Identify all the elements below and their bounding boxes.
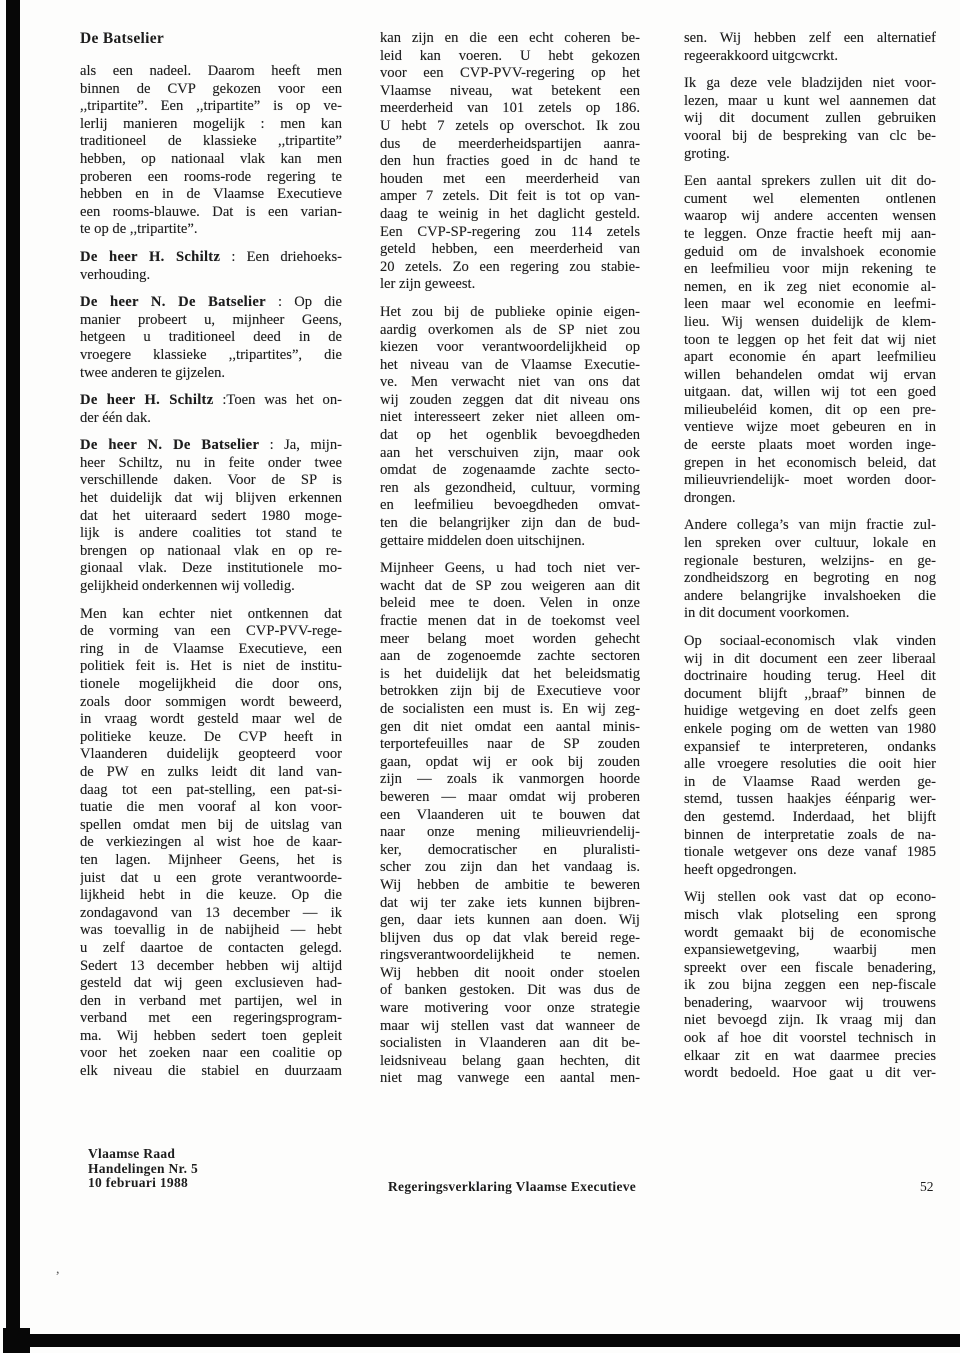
text-line: Wij hebben dit nooit onder stoelen: [380, 965, 640, 983]
text-line: regeerakkoord uitgcwcrkt.: [684, 48, 936, 66]
text-line: U hebt 7 zetels op overschot. Ik zou: [380, 118, 640, 136]
paragraph: Het zou bij de publieke opinie eigen-aar…: [380, 304, 640, 550]
text-line: verschillende daken. Voor de SP is: [80, 472, 342, 490]
text-line: den hun fracties goed in dc hand te: [380, 153, 640, 171]
text-line: ren als gezondheid, cultuur, vorming: [380, 480, 640, 498]
text-line: aan de zogenoemde zachte sectoren: [380, 648, 640, 666]
text-line: Men kan echter niet ontkennen dat: [80, 606, 342, 624]
text-line: omdat de zogenaamde zachte secto-: [380, 462, 640, 480]
text-line: betrokken zijn bij de Executieve voor: [380, 683, 640, 701]
text-line: dus de meerderheidspartijen aanra-: [380, 136, 640, 154]
text-line: niet bevoegd zijn. Ik vraag mij dan: [684, 1012, 936, 1030]
scan-binding-bar-left: [6, 0, 20, 1341]
text-line: den gestemd. Inderdaad, het blijft: [684, 809, 936, 827]
text-line: wij dit document zullen gebruiken: [684, 110, 936, 128]
text-line: ik zou bijna zeggen een nep-fiscale: [684, 977, 936, 995]
text-line: grepen in het economisch beleid, dat: [684, 455, 936, 473]
text-line: als een nadeel. Daarom heeft men: [80, 63, 342, 81]
text-line: socialisten in Vlaanderen aan dit be-: [380, 1035, 640, 1053]
text-line: 20 zetels. Zo een regering zou stabie-: [380, 259, 640, 277]
text-line: groting.: [684, 146, 936, 164]
text-line: hebben, op nationaal vlak kan men: [80, 151, 342, 169]
text-line: ler zijn geweest.: [380, 276, 640, 294]
text-line: geteld hebben, een meerderheid van: [380, 241, 640, 259]
text-line: niet mag vanwege een aantal men-: [380, 1070, 640, 1088]
text-line: document blijft ,,braaf” binnen de: [684, 686, 936, 704]
paragraph: sen. Wij hebben zelf een alternatiefrege…: [684, 30, 936, 65]
text-line: hebben en in de Vlaamse Executieve: [80, 186, 342, 204]
text-line: traditioneel de klassieke ,,tripartite”: [80, 133, 342, 151]
text-line: geduid om de invalshoek economie: [684, 244, 936, 262]
text-line: dat op het ogenblik bevoegdheden: [380, 427, 640, 445]
text-line: aan het verschuiven zijn, maar ook: [380, 445, 640, 463]
text-line: leid kan voeren. U hebt gekozen: [380, 48, 640, 66]
text-line: milieuvriendelijk- moet worden door-: [684, 472, 936, 490]
text-line: daag te weinig in het daglicht gesteld.: [380, 206, 640, 224]
text-line: ook af hoe dit voorstel technisch in: [684, 1030, 936, 1048]
text-line: zoals door sommigen wordt beweerd,: [80, 694, 342, 712]
footer-publication: Vlaamse Raad: [88, 1147, 198, 1162]
text-line: Het zou bij de publieke opinie eigen-: [380, 304, 640, 322]
text-line: blijven dus op dat vlak bereid rege-: [380, 930, 640, 948]
text-line: gesteld dat wij geen exclusieven had-: [80, 975, 342, 993]
text-line: in vraag wordt gesteld maar wel de: [80, 711, 342, 729]
text-line: wacht dat de SP zou weigeren aan dit: [380, 578, 640, 596]
speaker-name: De heer N. De Batselier: [80, 437, 259, 453]
text-line: fractie menen dat in de toekomst veel: [380, 613, 640, 631]
text-line: verhouding.: [80, 267, 342, 285]
column-paragraphs: als een nadeel. Daarom heeft menbinnen d…: [80, 63, 342, 1081]
text-line: ma. Wij hebben sedert toen gepleit: [80, 1028, 342, 1046]
text-line: De heer N. De Batselier : Ja, mijn-: [80, 437, 342, 455]
text-line: gaan, opdat wij er ook bij zouden: [380, 754, 640, 772]
text-line: stemd, tussen haakjes éénparig wer-: [684, 791, 936, 809]
text-line: kan zijn en die een echt coheren be-: [380, 30, 640, 48]
text-line: zondheidszorg en begroting en nog: [684, 570, 936, 588]
text-line: in dit document voorkomen.: [684, 605, 936, 623]
footer-page-number: 52: [920, 1179, 934, 1195]
footer-publication-block: Vlaamse Raad Handelingen Nr. 5 10 februa…: [88, 1147, 198, 1191]
text-line: cument wel elementen ontlenen: [684, 191, 936, 209]
text-line: het duidelijk dat wij blijven erkennen: [80, 490, 342, 508]
footer-session-title: Regeringsverklaring Vlaamse Executieve: [388, 1179, 636, 1195]
text-line: was toevallig in de nabijheid — hebt: [80, 922, 342, 940]
text-line: gen, daar iets kunnen aan doen. Wij: [380, 912, 640, 930]
text-line: lieu. Wij wensen duidelijk de klem-: [684, 314, 936, 332]
text-line: heer Schiltz, nu in feite onder twee: [80, 455, 342, 473]
paragraph: Op sociaal-economisch vlak vindenwij in …: [684, 633, 936, 879]
text-line: Een CVP-SP-regering zou 114 zetels: [380, 224, 640, 242]
text-line: expansief te interpreteren, ondanks: [684, 739, 936, 757]
speaker-name: De heer N. De Batselier: [80, 294, 266, 310]
text-line: ware motivering voor onze strategie: [380, 1000, 640, 1018]
text-line: leidsniveau belang gaan hechten, dit: [380, 1053, 640, 1071]
text-line: regionale besturen, welzijns- en ge-: [684, 553, 936, 571]
text-line: voor een CVP-PVV-regering op het: [380, 65, 640, 83]
text-line: ve. Men verwacht niet van ons dat: [380, 374, 640, 392]
text-line: in de Vlaamse Raad werden ge-: [684, 774, 936, 792]
text-line: aardig overkomen als de SP niet zou: [380, 322, 640, 340]
text-line: zondagavond van 13 december — ik: [80, 905, 342, 923]
text-line: binnen de CVP gekozen voor een: [80, 81, 342, 99]
text-line: nemen, en ik zeg niet economie al-: [684, 279, 936, 297]
speaker-name: De heer H. Schiltz: [80, 392, 214, 408]
text-line: ker, democratischer en pluralisti-: [380, 842, 640, 860]
text-column-left: De Batselier als een nadeel. Daarom heef…: [80, 30, 342, 1091]
column-paragraphs: kan zijn en die een echt coheren be-leid…: [380, 30, 640, 1088]
text-line: waarop wij andere accenten wensen: [684, 208, 936, 226]
text-line: ventieve wijze moet gebeuren en in: [684, 419, 936, 437]
text-line: Vlaamse niveau, wat betekent een: [380, 83, 640, 101]
text-line: niet interesseert zeker niet alleen om-: [380, 409, 640, 427]
text-line: alle vroegere resoluties die ooit hier: [684, 756, 936, 774]
text-line: heeft opgedrongen.: [684, 862, 936, 880]
text-line: houden met een meerderheid van: [380, 171, 640, 189]
text-line: amper 7 zetels. Dit feit is tot op van-: [380, 188, 640, 206]
text-line: of banken gestoken. Dit was dus de: [380, 982, 640, 1000]
speaker-continuation-header: De Batselier: [80, 30, 342, 47]
text-line: het niveau van de Vlaamse Executie-: [380, 357, 640, 375]
paragraph: De heer N. De Batselier : Op diemanier p…: [80, 294, 342, 382]
text-line: ringsverantwoordelijkheid te nemen.: [380, 947, 640, 965]
text-line: scher zou zijn dan het vandaag is.: [380, 859, 640, 877]
text-line: beweren — maar omdat wij proberen: [380, 789, 640, 807]
text-line: ten lagen. Mijnheer Geens, het is: [80, 852, 342, 870]
text-line: te op de ,,tripartite”.: [80, 221, 342, 239]
text-line: is het duidelijk dat het beleidsmatig: [380, 666, 640, 684]
text-line: Ik ga deze vele bladzijden niet voor-: [684, 75, 936, 93]
scanned-document-page: , De Batselier als een nadeel. Daarom he…: [0, 0, 960, 1353]
text-line: sen. Wij hebben zelf een alternatief: [684, 30, 936, 48]
text-line: wij in dit document een zeer liberaal: [684, 651, 936, 669]
paragraph: Een aantal sprekers zullen uit dit do-cu…: [684, 173, 936, 507]
text-line: Een aantal sprekers zullen uit dit do-: [684, 173, 936, 191]
text-line: verband met een regeringsprogram-: [80, 1010, 342, 1028]
text-line: huidige wetgeving en doet zelfs geen: [684, 703, 936, 721]
text-line: ring in de Vlaamse Executieve, een: [80, 641, 342, 659]
paragraph: Ik ga deze vele bladzijden niet voor-lez…: [684, 75, 936, 163]
text-line: een rooms-blauwe. Dat is een varian-: [80, 204, 342, 222]
text-line: der één dak.: [80, 410, 342, 428]
text-line: Wij stellen ook vast dat op econo-: [684, 889, 936, 907]
text-line: hetgeen u traditioneel deed in de: [80, 329, 342, 347]
text-line: misch vlak plotseling een sprong: [684, 907, 936, 925]
paragraph: als een nadeel. Daarom heeft menbinnen d…: [80, 63, 342, 239]
text-line: Vlaanderen duidelijk geopteerd voor: [80, 746, 342, 764]
text-column-right: sen. Wij hebben zelf een alternatiefrege…: [684, 30, 936, 1093]
text-line: drongen.: [684, 490, 936, 508]
text-line: naar onze mening milieuvriendelij-: [380, 824, 640, 842]
scan-speck: ,: [56, 1262, 60, 1278]
footer-date: 10 februari 1988: [88, 1176, 198, 1191]
text-line: manier probeert u, mijnheer Geens,: [80, 312, 342, 330]
text-line: Wij hebben de ambitie te beweren: [380, 877, 640, 895]
text-line: de vorming van een CVP-PVV-rege-: [80, 623, 342, 641]
text-line: voor het zoeken naar een coalitie op: [80, 1045, 342, 1063]
text-line: zijn — zoals ik vanmorgen hoorde: [380, 771, 640, 789]
text-line: Op sociaal-economisch vlak vinden: [684, 633, 936, 651]
text-line: expansiewetgeving, waarbij men: [684, 942, 936, 960]
text-line: toon te leggen op het feit dat wij niet: [684, 332, 936, 350]
text-line: u zelf daartoe de contacten gelegd.: [80, 940, 342, 958]
text-line: maar wij stellen vast dat wanneer de: [380, 1018, 640, 1036]
text-line: lerlij manieren mogelijk : men kan: [80, 116, 342, 134]
text-line: proberen een rooms-rode regering te: [80, 169, 342, 187]
paragraph: Andere collega’s van mijn fractie zul-le…: [684, 517, 936, 623]
text-line: politieke keuze. De CVP heeft in: [80, 729, 342, 747]
paragraph: Wij stellen ook vast dat op econo-misch …: [684, 889, 936, 1083]
text-line: twee anderen te gijzelen.: [80, 365, 342, 383]
text-line: len spreken over cultuur, lokale en: [684, 535, 936, 553]
text-line: vroegere klassieke ,,tripartites”, die: [80, 347, 342, 365]
text-line: meerderheid van 101 zetels op 186.: [380, 100, 640, 118]
text-line: kiezen voor verantwoordelijkheid op: [380, 339, 640, 357]
text-line: gen dit niet omdat een aantal minis-: [380, 719, 640, 737]
text-line: gelijkheid onderkennen wij volledig.: [80, 578, 342, 596]
text-line: benadering, waarvoor wij trouwens: [684, 995, 936, 1013]
paragraph: De heer H. Schiltz :Toen was het on-der …: [80, 392, 342, 427]
text-line: Mijnheer Geens, u had toch niet ver-: [380, 560, 640, 578]
text-line: uitgaan. dat, willen wij tot een goed: [684, 384, 936, 402]
text-line: wordt gemaakt bij de economische: [684, 925, 936, 943]
text-line: tuatie die men vooraf al kon voor-: [80, 799, 342, 817]
scan-page-edge-bottom: [18, 1334, 960, 1347]
text-line: terportefeuilles naar de SP zouden: [380, 736, 640, 754]
text-line: Andere collega’s van mijn fractie zul-: [684, 517, 936, 535]
text-line: tionele mogelijkheid die door ons,: [80, 676, 342, 694]
text-line: tionale wetgever ons deze vanaf 1985: [684, 844, 936, 862]
text-line: de socialisten een must is. En wij zeg-: [380, 701, 640, 719]
text-line: gettaire middelen doen uitschijnen.: [380, 533, 640, 551]
text-line: ten die belangrijker zijn dan de bud-: [380, 515, 640, 533]
text-line: en leefmilieu bevoegdheden omvat-: [380, 497, 640, 515]
speaker-name: De heer H. Schiltz: [80, 249, 220, 265]
text-line: politiek feit is. Het is niet de institu…: [80, 658, 342, 676]
text-line: De heer H. Schiltz : Een driehoeks-: [80, 249, 342, 267]
text-line: te leggen. Onze fractie heeft mij aan-: [684, 226, 936, 244]
text-line: lijkheid hebt in die keuze. Op die: [80, 887, 342, 905]
text-line: een Vlaanderen uit te bouwen dat: [380, 807, 640, 825]
text-line: dat het uiteraard sedert 1980 moge-: [80, 508, 342, 526]
text-line: juist dat u een grote verantwoorde-: [80, 870, 342, 888]
text-line: dat wij ter zake iets kunnen bijbren-: [380, 895, 640, 913]
text-line: wij zouden zeggen dat dit niveau ons: [380, 392, 640, 410]
text-line: leen maar wel economie en leefmi-: [684, 296, 936, 314]
text-line: elk niveau die stabiel en duurzaam: [80, 1063, 342, 1081]
text-line: enkele poging om de wetten van 1980: [684, 721, 936, 739]
text-line: de eerste plaats moet worden inge-: [684, 437, 936, 455]
text-line: doctrinaire houding terug. Heel dit: [684, 668, 936, 686]
text-line: ,,tripartite”. Een ,,tripartite” is op v…: [80, 98, 342, 116]
text-line: lijk is andere coalities tot stand te: [80, 525, 342, 543]
text-column-middle: kan zijn en die een echt coheren be-leid…: [380, 30, 640, 1098]
footer-issue: Handelingen Nr. 5: [88, 1162, 198, 1177]
text-line: de verkiezingen al wist hoe de kaar-: [80, 834, 342, 852]
text-line: gionaal vlak. Deze institutionele mo-: [80, 560, 342, 578]
text-line: elkaar zit en wat daarmee precies: [684, 1048, 936, 1066]
text-line: wordt bedoeld. Hoe gaat u dit ver-: [684, 1065, 936, 1083]
text-line: apart economie én apart leefmilieu: [684, 349, 936, 367]
paragraph: De heer N. De Batselier : Ja, mijn-heer …: [80, 437, 342, 595]
text-line: andere belangrijke invalshoeken die: [684, 588, 936, 606]
paragraph: Mijnheer Geens, u had toch niet ver-wach…: [380, 560, 640, 1088]
text-line: spellen omdat men bij de uitslag van: [80, 817, 342, 835]
text-line: Sedert 13 december hebben wij altijd: [80, 958, 342, 976]
text-line: daag tot een pat-stelling, een pat-si-: [80, 782, 342, 800]
text-line: lezen, maar u kunt wel aannemen dat: [684, 93, 936, 111]
paragraph: Men kan echter niet ontkennen datde vorm…: [80, 606, 342, 1081]
text-line: beleid mee te doen. Velen in onze: [380, 595, 640, 613]
text-line: brengen op nationaal vlak en op re-: [80, 543, 342, 561]
paragraph: kan zijn en die een echt coheren be-leid…: [380, 30, 640, 294]
text-line: vooral bij de bespreking van clc be-: [684, 128, 936, 146]
text-line: en leefmilieu voor mijn rekening te: [684, 261, 936, 279]
text-line: binnen de interpretatie zoals de na-: [684, 827, 936, 845]
text-line: willen behandelen omdat wij ervan: [684, 367, 936, 385]
text-line: de PW en zulks leidt dit land van-: [80, 764, 342, 782]
column-paragraphs: sen. Wij hebben zelf een alternatiefrege…: [684, 30, 936, 1083]
paragraph: De heer H. Schiltz : Een driehoeks-verho…: [80, 249, 342, 284]
text-line: den in verband met partijen, wel in: [80, 993, 342, 1011]
text-line: meer belang moet worden gehecht: [380, 631, 640, 649]
text-line: spreekt over een fiscale benadering,: [684, 960, 936, 978]
text-line: De heer N. De Batselier : Op die: [80, 294, 342, 312]
text-line: milieubeléid komen, dit op een pre-: [684, 402, 936, 420]
text-line: De heer H. Schiltz :Toen was het on-: [80, 392, 342, 410]
